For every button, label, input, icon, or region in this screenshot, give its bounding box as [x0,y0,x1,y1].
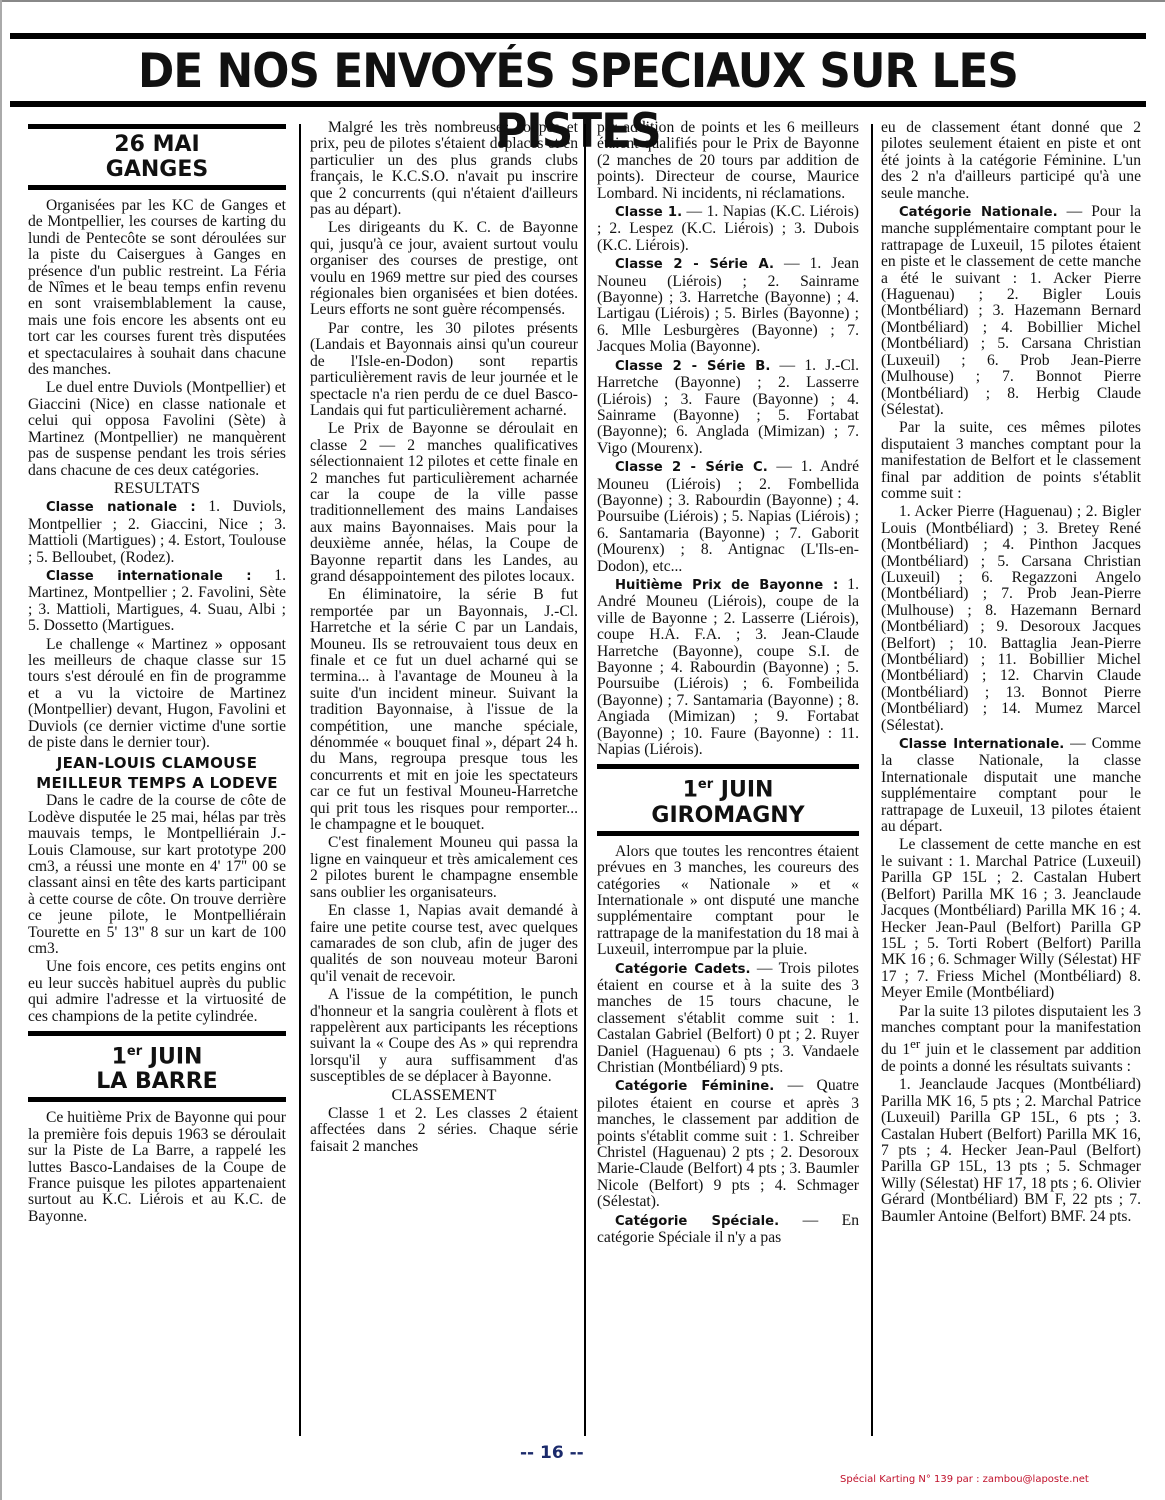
section-date: 1er JUIN [597,772,859,802]
result-paragraph: Classe 1. — 1. Napias (K.C. Liérois) ; 2… [597,204,859,254]
paragraph: Organisées par les KC de Ganges et de Mo… [28,198,286,378]
result-label: Catégorie Nationale. [899,205,1058,220]
paragraph: 1. Jeanclaude Jacques (Montbéliard) Pari… [881,1077,1141,1225]
result-paragraph: Classe 2 - Série B. — 1. J.-Cl. Harretch… [597,358,859,457]
subheadline-line: MEILLEUR TEMPS A LODEVE [28,773,286,793]
date-month: JUIN [142,1044,202,1069]
date-ordinal: er [698,777,713,792]
result-label: Huitième Prix de Bayonne : [615,578,838,593]
masthead-bottom-rule [10,101,1146,107]
column-2: Malgré les très nombreuses coupes et pri… [310,120,578,1157]
classement-title: CLASSEMENT [310,1088,578,1104]
page-top-border [0,0,1165,2]
section-place: GIROMAGNY [597,803,859,828]
result-label: Catégorie Cadets. [615,962,751,977]
result-paragraph: Huitième Prix de Bayonne : 1. André Moun… [597,577,859,758]
result-text: — Trois pilotes étaient en course et à l… [597,960,859,1076]
result-paragraph: Catégorie Spéciale. — En catégorie Spéci… [597,1213,859,1247]
column-3: par addition de points et les 6 meilleur… [597,120,859,1249]
section-place: GANGES [28,157,286,182]
date-ordinal: er [127,1044,142,1059]
results-title: RESULTATS [28,481,286,497]
paragraph: par addition de points et les 6 meilleur… [597,120,859,202]
result-text: — Quatre pilotes étaient en course et ap… [597,1077,859,1210]
result-label: Classe Internationale. [899,737,1064,752]
result-label: Catégorie Féminine. [615,1079,774,1094]
result-paragraph: Classe internationale : 1. Martinez, Mon… [28,568,286,635]
paragraph: Les dirigeants du K. C. de Bayonne qui, … [310,220,578,318]
column-divider [584,124,586,1436]
date-month: JUIN [713,778,773,803]
column-divider [299,124,301,1436]
paragraph: 1. Acker Pierre (Haguenau) ; 2. Bigler L… [881,504,1141,734]
paragraph-text: juin et le classement par addition de po… [881,1042,1141,1075]
section-date: 26 MAI [28,132,286,157]
date-day: 1 [683,778,698,803]
subheadline-line: JEAN-LOUIS CLAMOUSE [28,753,286,773]
paragraph: En classe 1, Napias avait demandé à fair… [310,903,578,985]
result-label: Classe 2 - Série A. [615,257,774,272]
result-label: Classe 2 - Série C. [615,460,768,475]
footer-credit: Spécial Karting N° 139 par : zambou@lapo… [840,1474,1089,1485]
section-date: 1er JUIN [28,1039,286,1069]
paragraph: eu de classement étant donné que 2 pilot… [881,120,1141,202]
subheadline: JEAN-LOUIS CLAMOUSE MEILLEUR TEMPS A LOD… [28,753,286,793]
masthead-top-rule [10,33,1146,39]
paragraph: Le classement de cette manche en est le … [881,837,1141,1001]
paragraph: C'est finalement Mouneu qui passa la lig… [310,835,578,901]
paragraph: Par contre, les 30 pilotes présents (Lan… [310,321,578,419]
paragraph: A l'issue de la compétition, le punch d'… [310,987,578,1085]
paragraph: En éliminatoire, la série B fut remporté… [310,587,578,833]
paragraph: Ce huitième Prix de Bayonne qui pour la … [28,1110,286,1225]
paragraph: Alors que toutes les rencontres étaient … [597,844,859,959]
column-4: eu de classement étant donné que 2 pilot… [881,120,1141,1227]
result-text: — Pour la manche supplémentaire comptant… [881,203,1141,418]
result-label: Classe nationale : [46,500,196,515]
paragraph: Le Prix de Bayonne se déroulait en class… [310,421,578,585]
result-paragraph: Classe Internationale. — Comme la classe… [881,736,1141,835]
result-paragraph: Catégorie Féminine. — Quatre pilotes éta… [597,1078,859,1210]
paragraph: Le challenge « Martinez » opposant les m… [28,637,286,752]
result-label: Classe 1. [615,205,682,220]
column-divider [871,124,873,1436]
paragraph: Dans le cadre de la course de côte de Lo… [28,793,286,957]
section-header-giromagny: 1er JUIN GIROMAGNY [597,764,859,835]
date-day: 1 [112,1044,127,1069]
paragraph: Par la suite 13 pilotes disputaient les … [881,1004,1141,1076]
paragraph: Par la suite, ces mêmes pilotes disputai… [881,420,1141,502]
paragraph: Classe 1 et 2. Les classes 2 étaient aff… [310,1106,578,1155]
result-label: Classe 2 - Série B. [615,359,770,374]
page-left-border [0,0,2,1500]
section-place: LA BARRE [28,1069,286,1094]
result-paragraph: Catégorie Cadets. — Trois pilotes étaien… [597,961,859,1077]
result-paragraph: Classe 2 - Série C. — 1. André Mouneu (L… [597,459,859,575]
result-paragraph: Classe 2 - Série A. — 1. Jean Nouneu (Li… [597,256,859,355]
result-text: 1. André Mouneu (Liérois), coupe de la v… [597,576,859,758]
ordinal: er [910,1036,920,1051]
page-number: -- 16 -- [520,1443,584,1463]
section-header-ganges: 26 MAI GANGES [28,124,286,190]
result-label: Catégorie Spéciale. [615,1214,779,1229]
paragraph: Malgré les très nombreuses coupes et pri… [310,120,578,218]
paragraph: Une fois encore, ces petits engins ont e… [28,959,286,1025]
section-header-la-barre: 1er JUIN LA BARRE [28,1031,286,1102]
paragraph: Le duel entre Duviols (Montpellier) et G… [28,380,286,478]
result-paragraph: Catégorie Nationale. — Pour la manche su… [881,204,1141,418]
column-1: 26 MAI GANGES Organisées par les KC de G… [28,124,286,1227]
result-paragraph: Classe nationale : 1. Duviols, Montpelli… [28,499,286,566]
result-text: — 1. André Mouneu (Liérois) ; 2. Fombell… [597,458,859,574]
result-label: Classe internationale : [46,569,252,584]
